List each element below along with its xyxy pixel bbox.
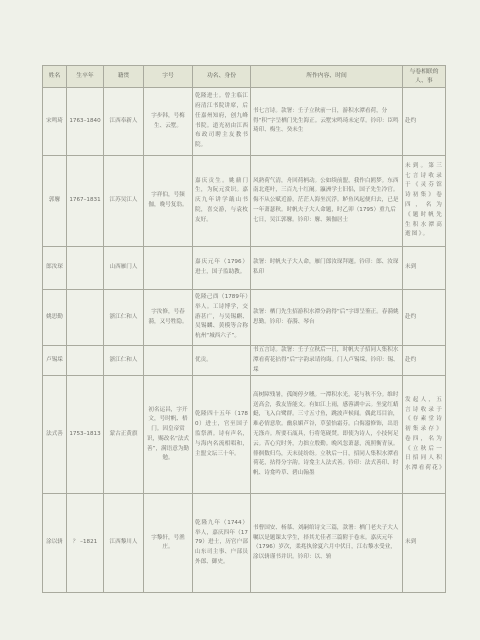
cell-name: 姚思勤 (43, 290, 67, 346)
cell-style-name: 初名运昌，字开文，号时帆、梧门。因皇帝赏识，赐改名“法式善”，满语意为勤勉。 (144, 376, 193, 494)
cell-related: 未到 (403, 247, 446, 290)
cell-name: 法式善 (43, 376, 67, 494)
table-row: 宋鸣琦 1763–1840 江西奉新人 字步韩，号梅生、云墅。 乾隆进士。曾主临… (43, 88, 446, 156)
cell-work-content: 高树障残暑，孤阁停夕曛。一潭积水光，花与秋不分。维时送高会，我友皆能文。有如江上… (251, 376, 403, 494)
cell-name: 涂以辀 (43, 494, 67, 593)
cell-rank-identity: 乾隆九年（1744）举人，嘉庆四年（1779）进士，历官户部山东司主事、户部员外… (193, 494, 251, 593)
cell-work-content: 款署：时帆夫子大人命，雁门郎汝琛拜题。钤印：郎、汝琛私印 (251, 247, 403, 290)
header-lifespan: 生卒年 (67, 66, 104, 88)
cell-related: 赴约 (403, 346, 446, 376)
table-row: 姚思勤 浙江仁和人 字汝修，号春漪，又号牲隐。 乾隆己酉（1789年）举人。工诗… (43, 290, 446, 346)
cell-work-content: 书五言诗。款署：壬子立秋后一日，时帆夫子招同人集积水潭看荷花拈得“后”字韵录请钧… (251, 346, 403, 376)
cell-style-name (144, 247, 193, 290)
header-related-people-events: 与卷相联的人、事 (403, 66, 446, 88)
cell-name: 宋鸣琦 (43, 88, 67, 156)
cell-rank-identity: 乾隆己酉（1789年）举人。工诗博学，交游甚广，与吴锡麒、吴锡麟、黄模等合称杭州… (193, 290, 251, 346)
cell-lifespan: ？ –1821 (67, 494, 104, 593)
cell-origin: 蒙古正黄旗 (104, 376, 144, 494)
header-style-name: 字号 (144, 66, 193, 88)
cell-lifespan (67, 247, 104, 290)
cell-name: 郭麐 (43, 156, 67, 247)
cell-related: 未到。第三七言诗收录于《灵芬馆诗初集》卷四，名为《题时帆先生积水潭高逝图》。 (403, 156, 446, 247)
cell-related: 赴约 (403, 88, 446, 156)
table-header-row: 姓名 生卒年 籍贯 字号 功名、身份 所作内容、时间 与卷相联的人、事 (43, 66, 446, 88)
table-row: 法式善 1753–1813 蒙古正黄旗 初名运昌，字开文，号时帆、梧门。因皇帝赏… (43, 376, 446, 494)
document-page: 姓名 生卒年 籍贯 字号 功名、身份 所作内容、时间 与卷相联的人、事 宋鸣琦 … (0, 0, 480, 640)
cell-lifespan (67, 346, 104, 376)
cell-rank-identity: 嘉庆元年（1796）进士，国子监助教。 (193, 247, 251, 290)
cell-related: 发起人，五言诗收录于《存素堂诗初集录存》卷四，名为《立秋后一日招同人积水潭看荷花… (403, 376, 446, 494)
header-work-content-time: 所作内容、时间 (251, 66, 403, 88)
cell-work-content: 书曹国安、杨慕、刘嗣绾诗文三篇，款署：栖门老夫子大人嘱以是题课太学生，择其尤佳者… (251, 494, 403, 593)
cell-origin: 山西雁门人 (104, 247, 144, 290)
cell-work-content: 款署：栖门先生招游积水潭分韵得“后”字即呈鉴正。春漪姚思勤。钤印：春漪、琴台 (251, 290, 403, 346)
table-row: 郭麐 1767–1831 江苏吴江人 字祥伯，号频伽，晚号复翁。 嘉庆贡生。姚鼐… (43, 156, 446, 247)
cell-style-name: 字祥伯，号频伽，晚号复翁。 (144, 156, 193, 247)
cell-style-name: 字汝修，号春漪，又号牲隐。 (144, 290, 193, 346)
cell-origin: 江西奉新人 (104, 88, 144, 156)
participants-table: 姓名 生卒年 籍贯 字号 功名、身份 所作内容、时间 与卷相联的人、事 宋鸣琦 … (42, 65, 446, 593)
table-row: 郎汝琛 山西雁门人 嘉庆元年（1796）进士，国子监助教。 款署：时帆夫子大人命… (43, 247, 446, 290)
cell-lifespan: 1767–1831 (67, 156, 104, 247)
cell-origin: 浙江仁和人 (104, 290, 144, 346)
cell-rank-identity: 优贡。 (193, 346, 251, 376)
cell-work-content: 风熟荷气清，舟回荷柄动。公如续前盟，我作白鸥梦。东西南北莲叶，三百九十红阑。瀛洲… (251, 156, 403, 247)
cell-style-name: 字步韩，号梅生、云墅。 (144, 88, 193, 156)
header-origin: 籍贯 (104, 66, 144, 88)
cell-related: 未到 (403, 494, 446, 593)
cell-related: 赴约 (403, 290, 446, 346)
cell-origin: 浙江仁和人 (104, 346, 144, 376)
table-row: 涂以辀 ？ –1821 江西黎川人 字黎轩，号渔庄。 乾隆九年（1744）举人，… (43, 494, 446, 593)
cell-origin: 江苏吴江人 (104, 156, 144, 247)
cell-rank-identity: 嘉庆贡生。姚鼐门生，为阮元赏识。嘉庆九年讲学蕺山书院，喜交游，与袁枚友好。 (193, 156, 251, 247)
cell-lifespan (67, 290, 104, 346)
cell-style-name: 字黎轩，号渔庄。 (144, 494, 193, 593)
header-rank-identity: 功名、身份 (193, 66, 251, 88)
cell-name: 卢锡埰 (43, 346, 67, 376)
cell-work-content: 书七言诗。款署：壬子立秋前一日，游积水潭看荷，分得“积”字呈栖门先生海正。云墅宋… (251, 88, 403, 156)
cell-name: 郎汝琛 (43, 247, 67, 290)
cell-lifespan: 1763–1840 (67, 88, 104, 156)
table-row: 卢锡埰 浙江仁和人 优贡。 书五言诗。款署：壬子立秋后一日，时帆夫子招同人集积水… (43, 346, 446, 376)
header-name: 姓名 (43, 66, 67, 88)
cell-style-name (144, 346, 193, 376)
cell-lifespan: 1753–1813 (67, 376, 104, 494)
cell-rank-identity: 乾隆进士。曾主临江府清江书院讲席，后任嘉州知府，创九峰书院。道光初由江西布政司聘… (193, 88, 251, 156)
cell-rank-identity: 乾隆四十五年（1780）进士，官至国子监祭酒。诗有声名，与海内名流相唱和，主盟文… (193, 376, 251, 494)
cell-origin: 江西黎川人 (104, 494, 144, 593)
